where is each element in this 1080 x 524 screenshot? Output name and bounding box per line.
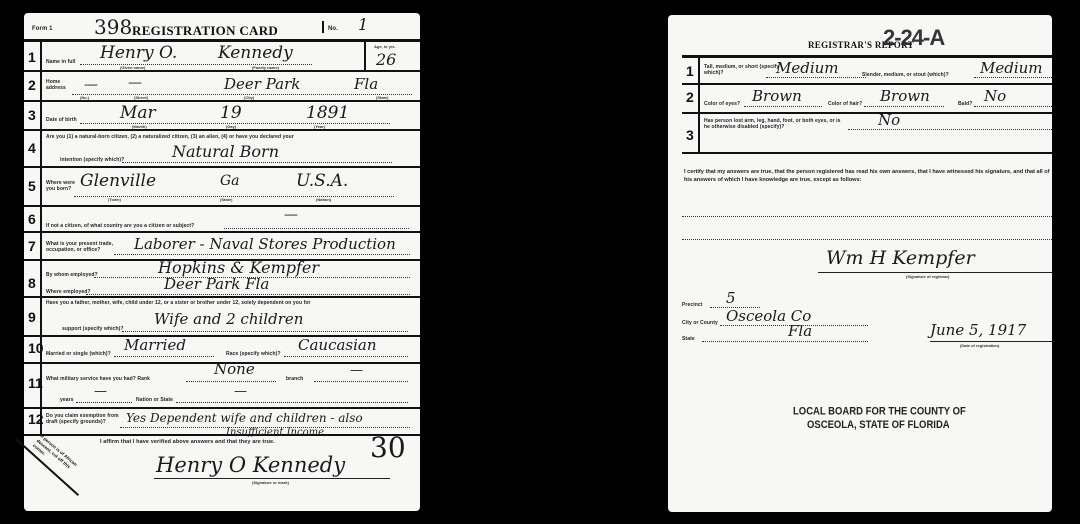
birth-state-value: Ga [220,173,240,189]
birth-month-value: Mar [120,103,156,123]
registrars-report-card: REGISTRAR'S REPORT 2-24-A 1 Tall, medium… [668,15,1052,512]
registration-date-value: June 5, 1917 [930,321,1026,339]
serial-number: 398 [94,15,132,39]
local-board-stamp: LOCAL BOARD FOR THE COUNTY OF OSCEOLA, S… [793,405,966,433]
hair-color-value: Brown [880,87,930,105]
employment-place-value: Deer Park Fla [164,275,269,293]
military-rank-value: None [214,360,255,378]
precinct-value: 5 [726,289,736,307]
city-value: Deer Park [224,75,300,93]
card-number: 1 [358,15,368,34]
affirmation-text: I affirm that I have verified above answ… [100,439,275,445]
precinct-label: Precinct [682,302,703,308]
citizenship-value: Natural Born [172,142,279,161]
disability-value: No [878,111,900,129]
marital-status-value: Married [124,336,186,354]
occupation-value: Laborer - Naval Stores Production [134,235,396,253]
state-value: Fla [354,75,378,93]
height-value: Medium [776,59,839,77]
birth-day-value: 19 [220,103,242,123]
race-value: Caucasian [298,336,377,354]
state-label: State [682,336,695,342]
birth-nation-value: U.S.A. [296,171,348,191]
state-value: Fla [788,322,812,340]
dependents-value: Wife and 2 children [154,310,303,328]
exemption-value: Yes Dependent wife and children - also [126,411,363,425]
report-stamp-number: 2-24-A [883,25,944,51]
eye-color-value: Brown [752,87,802,105]
certification-text: I certify that my answers are true, that… [684,168,1054,184]
birth-town-value: Glenville [80,171,156,191]
build-value: Medium [980,59,1043,77]
no-label: No. [328,26,338,32]
city-county-label: City or County [682,320,718,326]
registration-card: Form 1 398 REGISTRATION CARD No. 1 1 Nam… [24,13,420,511]
registrar-signature: Wm H Kempfer [826,247,975,269]
birth-year-value: 1891 [306,103,349,123]
registrant-signature: Henry O Kennedy [156,453,345,477]
form-label: Form 1 [32,26,53,32]
given-name-value: Henry O. [100,43,177,63]
bald-value: No [984,87,1006,105]
age-value: 26 [376,50,396,69]
family-name-value: Kennedy [218,43,293,63]
card-title: REGISTRATION CARD [132,23,278,39]
margin-number: 30 [370,431,406,464]
